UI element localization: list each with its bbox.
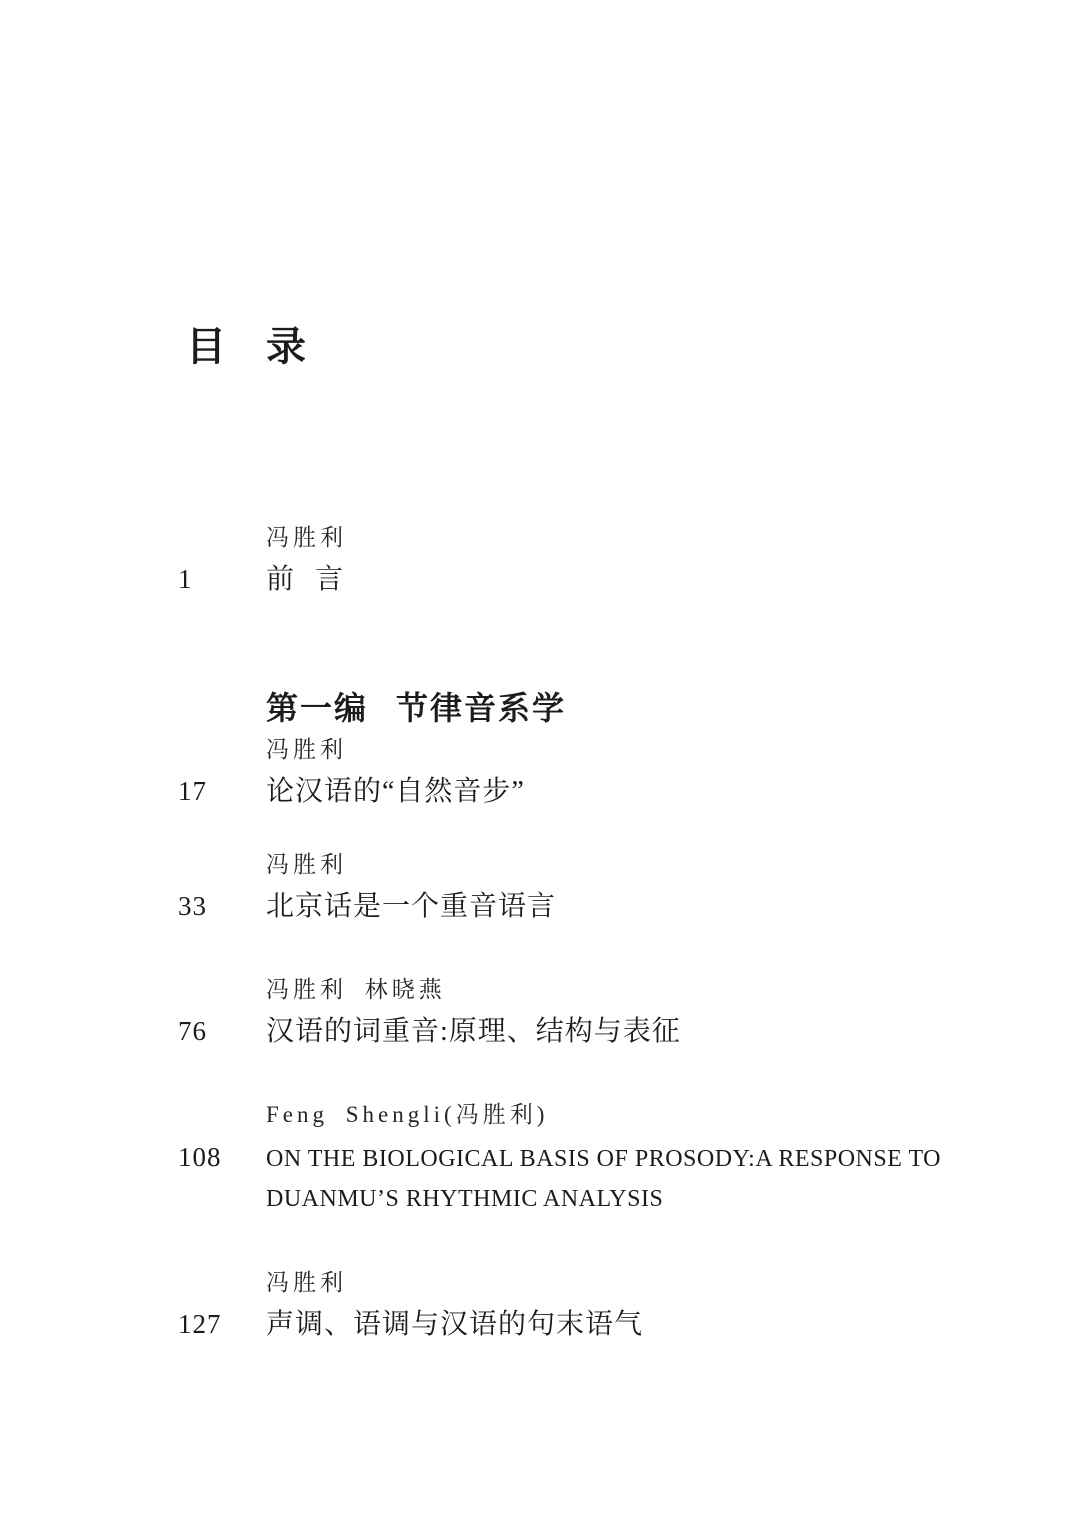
entry-page-number: 108 xyxy=(178,1140,266,1174)
entry-authors: 冯胜利 林晓燕 xyxy=(266,976,1008,1004)
toc-entry: 冯胜利 33 北京话是一个重音语言 xyxy=(178,851,1008,924)
entry-row: 108 ON THE BIOLOGICAL BASIS OF PROSODY:A… xyxy=(178,1139,1008,1219)
section-heading-part1: 第一编 节律音系学 xyxy=(266,690,566,727)
toc-entry: 冯胜利 林晓燕 76 汉语的词重音:原理、结构与表征 xyxy=(178,976,1008,1049)
entry-page-number: 1 xyxy=(178,562,266,596)
toc-page: 目 录 冯胜利 1 前 言 第一编 节律音系学 冯胜利 17 论汉语的“自然音步… xyxy=(0,0,1080,1535)
entry-title: 论汉语的“自然音步” xyxy=(266,775,525,809)
entry-page-number: 33 xyxy=(178,889,266,923)
entry-authors: Feng Shengli(冯胜利) xyxy=(266,1101,1008,1129)
entry-page-number: 76 xyxy=(178,1014,266,1048)
entry-authors: 冯胜利 xyxy=(266,1269,1008,1297)
entry-title: ON THE BIOLOGICAL BASIS OF PROSODY:A RES… xyxy=(266,1139,941,1219)
toc-entry-english: Feng Shengli(冯胜利) 108 ON THE BIOLOGICAL … xyxy=(178,1101,1008,1219)
entry-row: 1 前 言 xyxy=(178,562,1008,597)
entry-page-number: 127 xyxy=(178,1307,266,1341)
toc-entry: 冯胜利 17 论汉语的“自然音步” xyxy=(178,736,1008,809)
entry-row: 17 论汉语的“自然音步” xyxy=(178,774,1008,809)
entry-title: 声调、语调与汉语的句末语气 xyxy=(266,1308,643,1342)
entry-title: 汉语的词重音:原理、结构与表征 xyxy=(266,1015,681,1049)
entry-page-number: 17 xyxy=(178,774,266,808)
toc-entry-preface: 冯胜利 1 前 言 xyxy=(178,524,1008,597)
entry-row: 127 声调、语调与汉语的句末语气 xyxy=(178,1307,1008,1342)
entry-row: 33 北京话是一个重音语言 xyxy=(178,889,1008,924)
entry-row: 76 汉语的词重音:原理、结构与表征 xyxy=(178,1014,1008,1049)
entry-title-line-1: ON THE BIOLOGICAL BASIS OF PROSODY:A RES… xyxy=(266,1139,941,1179)
entry-title: 北京话是一个重音语言 xyxy=(266,890,556,924)
toc-entry: 冯胜利 127 声调、语调与汉语的句末语气 xyxy=(178,1269,1008,1342)
entry-title: 前 言 xyxy=(266,563,344,597)
entry-authors: 冯胜利 xyxy=(266,851,1008,879)
entry-title-line-2: DUANMU’S RHYTHMIC ANALYSIS xyxy=(266,1179,941,1219)
entry-authors: 冯胜利 xyxy=(266,524,1008,552)
entry-authors: 冯胜利 xyxy=(266,736,1008,764)
page-title: 目 录 xyxy=(186,325,308,369)
